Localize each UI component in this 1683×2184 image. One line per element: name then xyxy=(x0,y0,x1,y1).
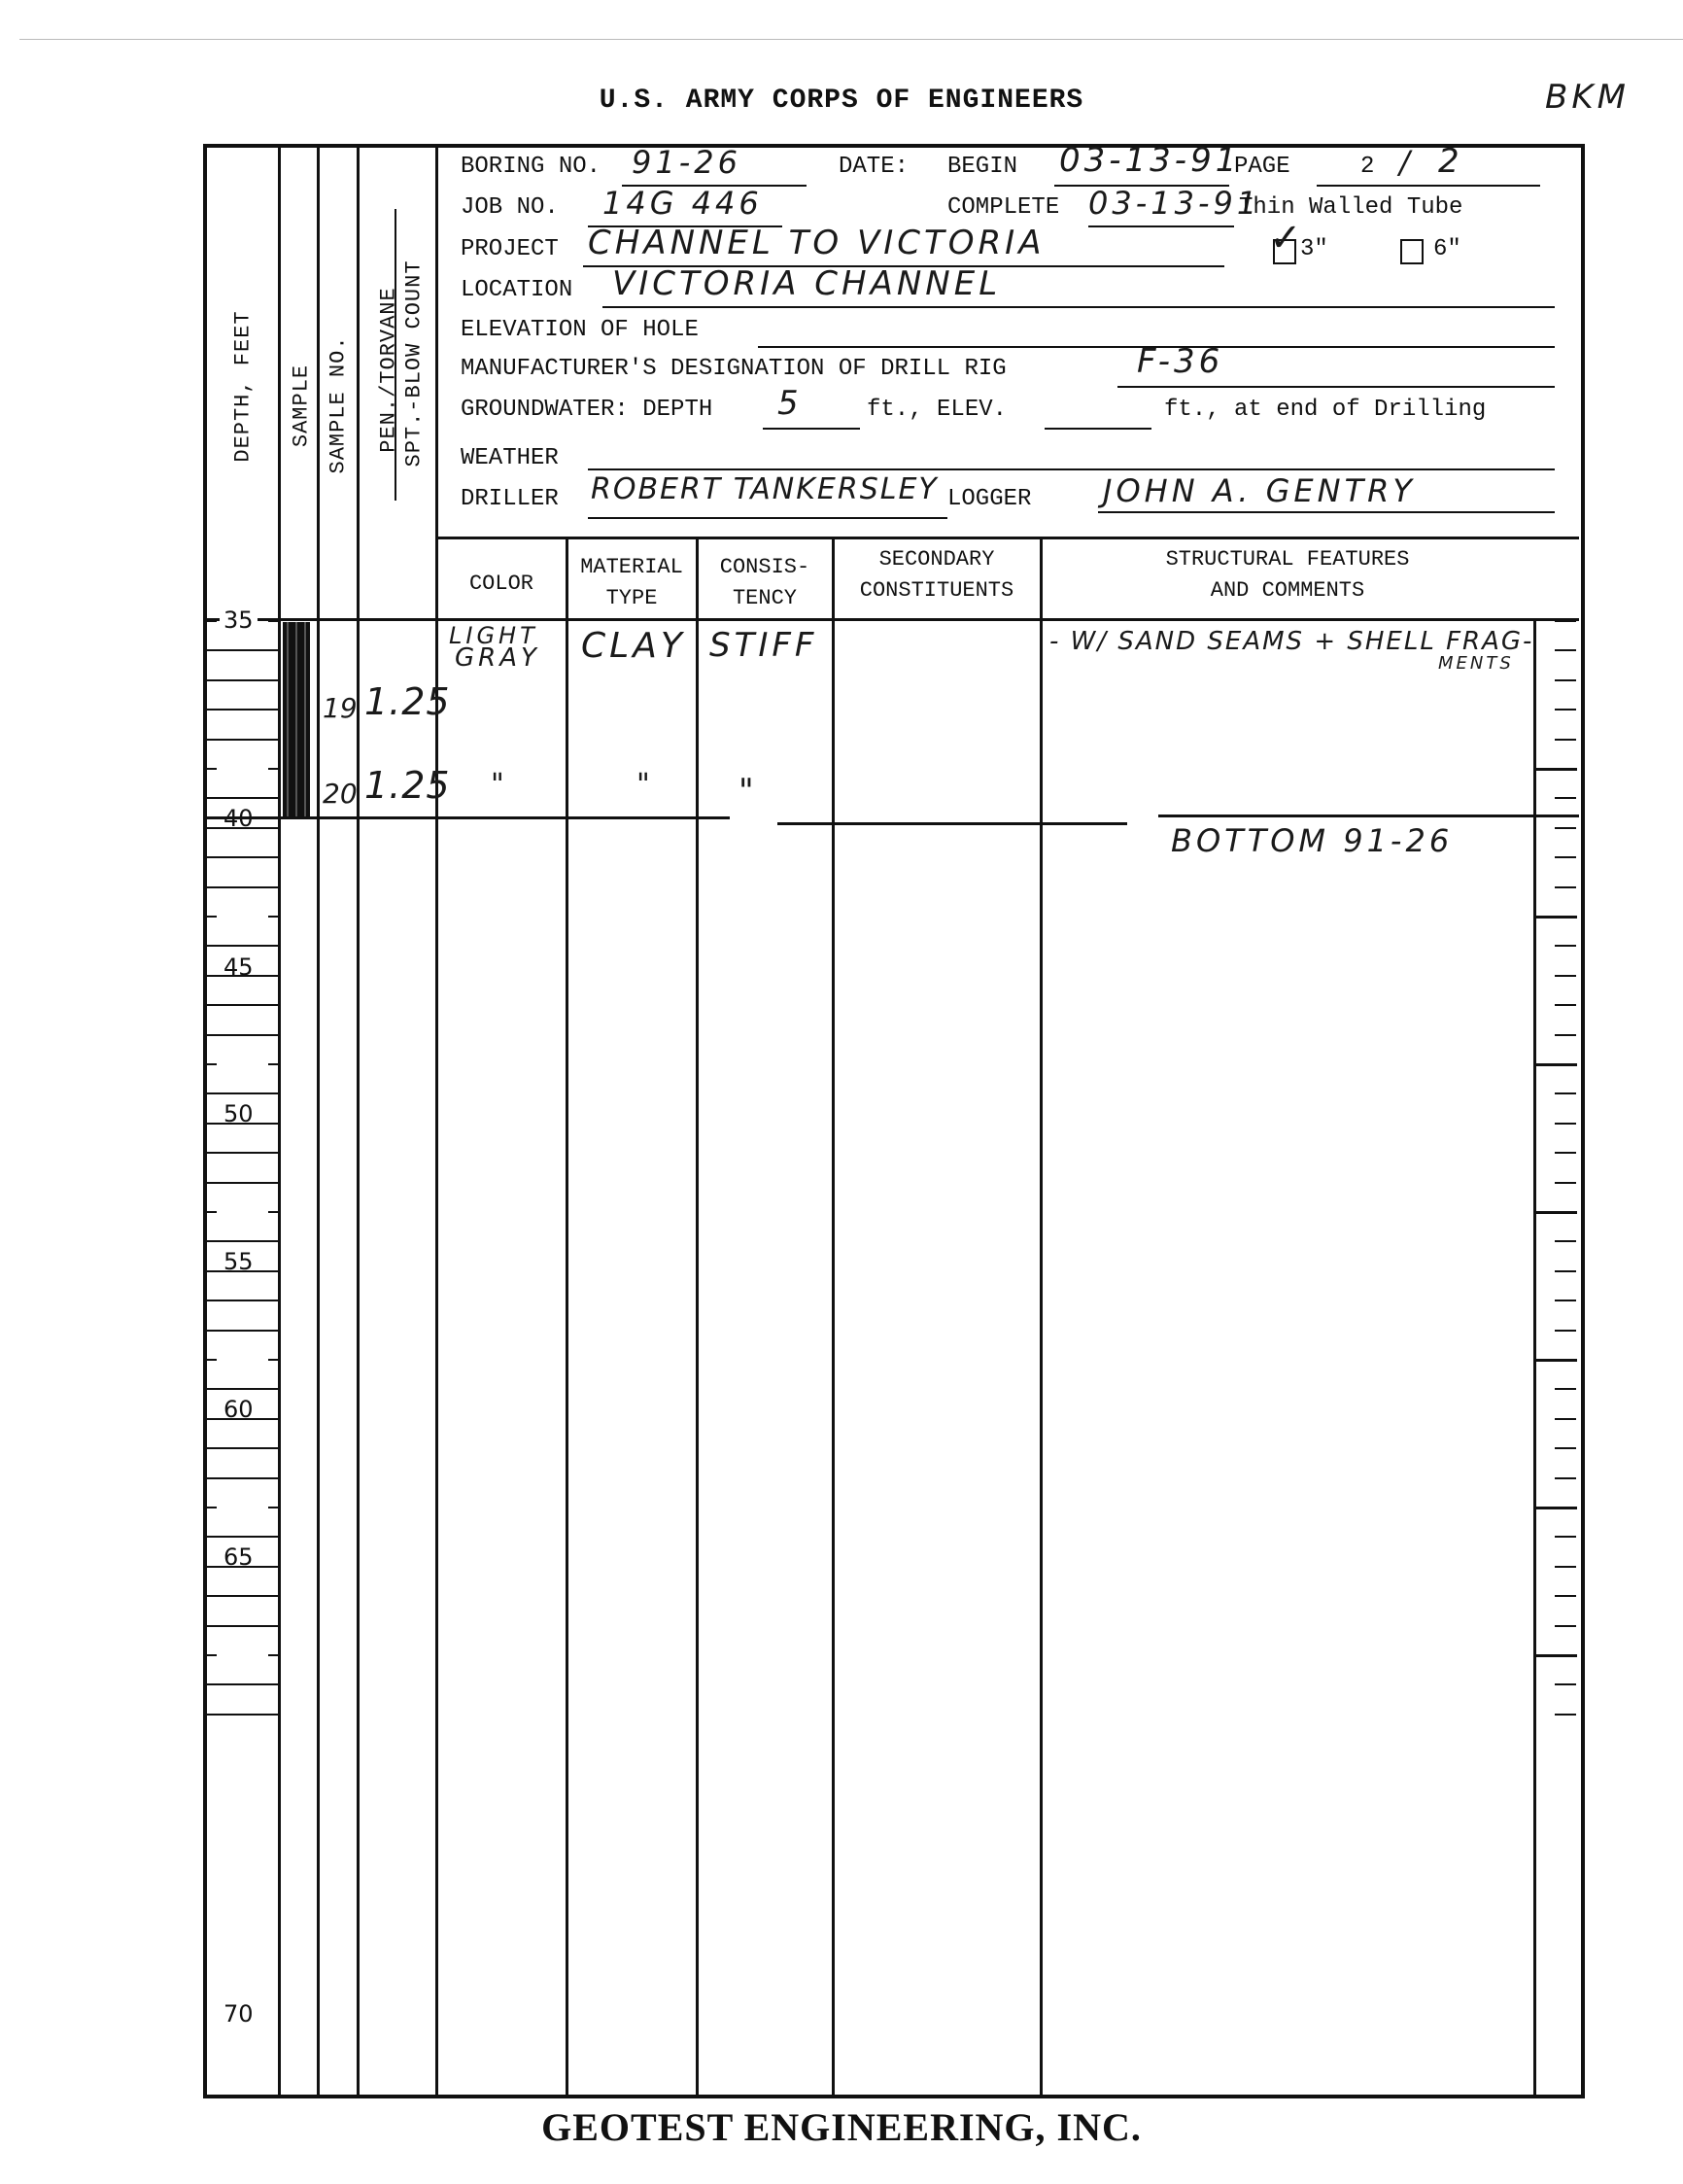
tube-6in-checkbox[interactable] xyxy=(1400,239,1424,264)
divider-consistency-secondary xyxy=(832,537,835,2095)
weather-label: WEATHER xyxy=(461,445,559,471)
consistency-value: STIFF xyxy=(709,626,818,665)
right-tick xyxy=(1555,945,1576,947)
depth-tick xyxy=(207,1507,217,1508)
depth-tick xyxy=(268,1654,278,1656)
depth-tick xyxy=(268,1063,278,1065)
right-tick xyxy=(1555,797,1576,799)
depth-label-35: 35 xyxy=(220,607,258,634)
page-total-field[interactable]: 2 xyxy=(1438,142,1463,181)
right-tick xyxy=(1555,1595,1576,1597)
right-tick xyxy=(1555,1447,1576,1449)
color-col-header: COLOR xyxy=(437,569,566,600)
divider-color-material xyxy=(566,537,568,2095)
depth-tick xyxy=(207,768,217,770)
depth-tick xyxy=(207,1300,278,1301)
structural-col-header-1: STRUCTURAL FEATURES xyxy=(1042,544,1533,575)
structural-col-header-2: AND COMMENTS xyxy=(1042,575,1533,607)
company-footer: GEOTEST ENGINEERING, INC. xyxy=(0,2104,1683,2150)
depth-tick xyxy=(207,739,278,741)
consistency-col-header-2: TENCY xyxy=(698,583,832,614)
right-tick xyxy=(1555,1240,1576,1242)
tube-3in-label: 3" xyxy=(1300,236,1328,262)
right-tick xyxy=(1555,679,1576,681)
depth-tick xyxy=(207,827,278,829)
depth-tick xyxy=(207,1447,278,1449)
right-tick xyxy=(1555,1477,1576,1479)
depth-tick xyxy=(207,1270,278,1272)
reviewer-initials: BKM xyxy=(1545,78,1630,117)
logger-label: LOGGER xyxy=(947,486,1031,512)
page-label: PAGE xyxy=(1234,154,1290,180)
complete-date-field[interactable]: 03-13-91 xyxy=(1088,185,1260,222)
right-tick xyxy=(1533,916,1577,919)
elevation-label: ELEVATION OF HOLE xyxy=(461,317,699,343)
right-tick xyxy=(1555,1330,1576,1332)
material-type-col-header-2: TYPE xyxy=(567,583,696,614)
drill-rig-label: MANUFACTURER'S DESIGNATION OF DRILL RIG xyxy=(461,356,1007,382)
header-divider xyxy=(435,537,1579,539)
right-tick xyxy=(1555,975,1576,977)
spt-blow-count-header: SPT.-BLOW COUNT xyxy=(402,273,427,468)
right-tick xyxy=(1555,1388,1576,1390)
tube-6in-label: 6" xyxy=(1433,236,1461,262)
project-field[interactable]: CHANNEL TO VICTORIA xyxy=(588,224,1045,262)
complete-label: COMPLETE xyxy=(947,194,1059,221)
right-tick xyxy=(1555,1182,1576,1184)
right-tick xyxy=(1555,1034,1576,1036)
right-tick xyxy=(1555,1270,1576,1272)
check-mark-icon: ✓ xyxy=(1269,216,1302,260)
structural-comment-line-1: - W/ SAND SEAMS + SHELL FRAG- xyxy=(1049,627,1533,656)
job-no-field[interactable]: 14G 446 xyxy=(602,185,763,222)
divider-secondary-structural xyxy=(1040,537,1043,2095)
depth-feet-header: DEPTH, FEET xyxy=(231,270,256,503)
depth-tick xyxy=(207,1388,278,1390)
right-tick xyxy=(1555,1418,1576,1420)
boring-no-label: BORING NO. xyxy=(461,154,601,180)
driller-line xyxy=(588,517,947,519)
project-label: PROJECT xyxy=(461,236,559,262)
job-no-label: JOB NO. xyxy=(461,194,559,221)
depth-tick xyxy=(207,1063,217,1065)
divider-pen-color xyxy=(435,146,438,2095)
depth-tick xyxy=(207,1566,278,1568)
drill-rig-line xyxy=(1117,386,1555,388)
right-tick xyxy=(1555,1625,1576,1627)
groundwater-elev-line xyxy=(1045,428,1151,430)
sample-no-20: 20 xyxy=(323,778,358,810)
depth-tick xyxy=(207,1330,278,1332)
layer-bottom-line-a xyxy=(205,816,730,819)
depth-tick xyxy=(207,1477,278,1479)
driller-label: DRILLER xyxy=(461,486,559,512)
divider-sampleno-pen xyxy=(357,146,360,2095)
depth-tick xyxy=(268,620,278,622)
depth-35-line xyxy=(205,618,1579,621)
depth-tick xyxy=(207,1240,278,1242)
right-tick xyxy=(1555,1683,1576,1685)
color-line-2: GRAY xyxy=(455,643,540,673)
sample-no-header: SAMPLE NO. xyxy=(326,338,351,474)
sample-no-19: 19 xyxy=(323,692,358,724)
depth-tick xyxy=(207,649,278,651)
groundwater-depth-field[interactable]: 5 xyxy=(777,384,803,423)
pen-value-sample-20: 1.25 xyxy=(364,764,451,807)
depth-tick xyxy=(207,1359,217,1361)
right-tick xyxy=(1555,886,1576,888)
right-tick xyxy=(1555,1714,1576,1716)
depth-tick xyxy=(207,1418,278,1420)
right-tick xyxy=(1555,649,1576,651)
material-ditto: " xyxy=(636,768,654,802)
boring-no-field[interactable]: 91-26 xyxy=(632,144,741,181)
depth-tick xyxy=(207,856,278,858)
depth-tick xyxy=(207,916,217,918)
right-tick xyxy=(1555,827,1576,829)
depth-tick xyxy=(207,1034,278,1036)
date-label: DATE: xyxy=(839,154,909,180)
depth-label-70: 70 xyxy=(220,2000,258,2028)
right-tick xyxy=(1533,1507,1577,1509)
depth-tick xyxy=(207,1595,278,1597)
divider-structural-tickcol xyxy=(1533,618,1536,2095)
divider-depth-sample xyxy=(278,146,281,2095)
complete-date-line xyxy=(1088,225,1234,227)
right-tick xyxy=(1555,1092,1576,1094)
material-type-col-header-1: MATERIAL xyxy=(567,552,696,583)
depth-tick xyxy=(207,945,278,947)
layer-bottom-line-c xyxy=(1158,815,1579,817)
location-line xyxy=(602,306,1555,308)
depth-tick xyxy=(207,886,278,888)
depth-tick xyxy=(207,1683,278,1685)
right-tick xyxy=(1555,856,1576,858)
right-tick xyxy=(1555,1152,1576,1154)
page-line xyxy=(1317,185,1540,187)
material-type-value: CLAY xyxy=(581,626,686,666)
depth-tick xyxy=(268,1359,278,1361)
depth-tick xyxy=(207,797,278,799)
sample-header: SAMPLE xyxy=(290,348,314,465)
location-label: LOCATION xyxy=(461,277,572,303)
right-tick xyxy=(1555,709,1576,711)
depth-tick xyxy=(207,1714,278,1716)
depth-tick xyxy=(207,1536,278,1538)
pen-torvane-header: PEN./TORVANE xyxy=(377,273,401,468)
structural-comment-line-2: MENTS xyxy=(1438,653,1514,674)
consistency-ditto: " xyxy=(738,772,758,811)
depth-tick xyxy=(207,1182,278,1184)
end-drilling-label: ft., at end of Drilling xyxy=(1164,397,1486,423)
right-tick xyxy=(1555,739,1576,741)
weather-line xyxy=(588,468,1555,470)
right-tick xyxy=(1533,768,1577,771)
depth-tick xyxy=(207,1625,278,1627)
depth-tick xyxy=(268,1507,278,1508)
secondary-col-header-2: CONSTITUENTS xyxy=(834,575,1040,607)
pen-spt-fraction-bar xyxy=(395,209,396,501)
depth-tick xyxy=(207,1092,278,1094)
depth-tick xyxy=(268,1211,278,1213)
depth-tick xyxy=(207,1004,278,1006)
right-tick xyxy=(1533,1211,1577,1214)
logger-field[interactable]: JOHN A. GENTRY xyxy=(1103,472,1416,509)
layer-bottom-line-b xyxy=(777,822,1127,825)
right-tick xyxy=(1555,1536,1576,1538)
groundwater-depth-line xyxy=(763,428,860,430)
sample-bar-shaded xyxy=(283,622,310,816)
depth-tick xyxy=(207,975,278,977)
begin-label: BEGIN xyxy=(947,154,1017,180)
right-tick xyxy=(1533,1359,1577,1362)
right-tick xyxy=(1555,1004,1576,1006)
bottom-of-boring-note: BOTTOM 91-26 xyxy=(1171,822,1453,859)
page-number: 2 xyxy=(1360,154,1374,180)
depth-tick xyxy=(207,620,217,622)
right-tick xyxy=(1533,1063,1577,1066)
depth-tick xyxy=(207,1211,217,1213)
right-tick xyxy=(1533,1654,1577,1657)
location-field[interactable]: VICTORIA CHANNEL xyxy=(612,264,1001,303)
groundwater-label: GROUNDWATER: DEPTH xyxy=(461,397,712,423)
depth-tick xyxy=(207,709,278,711)
begin-date-field[interactable]: 03-13-91 xyxy=(1059,141,1240,180)
depth-tick xyxy=(207,1654,217,1656)
driller-field[interactable]: ROBERT TANKERSLEY xyxy=(591,472,939,506)
right-tick xyxy=(1555,620,1576,622)
drill-rig-field[interactable]: F-36 xyxy=(1137,342,1223,381)
right-tick xyxy=(1555,1123,1576,1125)
secondary-col-header-1: SECONDARY xyxy=(834,544,1040,575)
depth-tick xyxy=(207,679,278,681)
divider-material-consistency xyxy=(696,537,699,2095)
ft-elev-label: ft., ELEV. xyxy=(867,397,1007,423)
pen-value-sample-19: 1.25 xyxy=(364,680,451,723)
depth-tick xyxy=(207,1152,278,1154)
depth-tick xyxy=(268,768,278,770)
logger-line xyxy=(1098,511,1555,513)
consistency-col-header-1: CONSIS- xyxy=(698,552,832,583)
depth-tick xyxy=(268,916,278,918)
divider-sample-sampleno xyxy=(317,146,320,2095)
scan-top-edge xyxy=(19,39,1683,40)
page-separator: / xyxy=(1399,144,1414,181)
right-tick xyxy=(1555,1566,1576,1568)
depth-tick xyxy=(207,1123,278,1125)
agency-title: U.S. ARMY CORPS OF ENGINEERS xyxy=(0,86,1683,116)
color-ditto: " xyxy=(491,768,508,802)
right-tick xyxy=(1555,1300,1576,1301)
